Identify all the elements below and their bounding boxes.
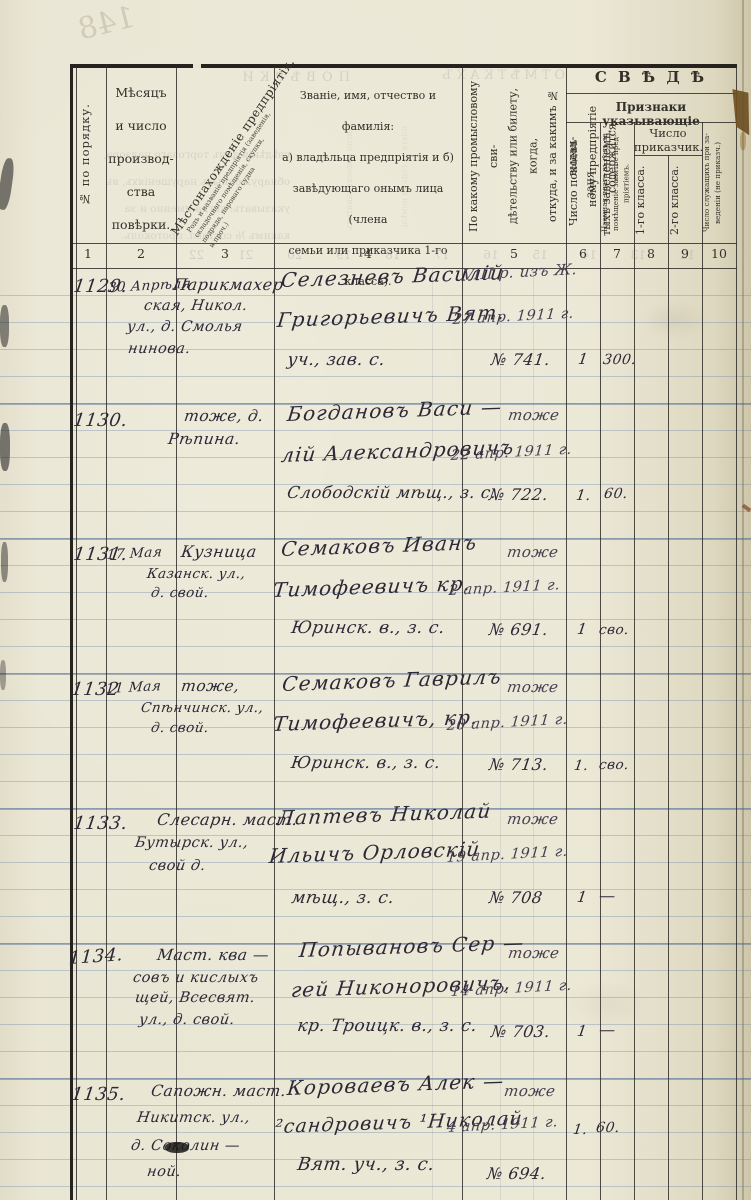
col-number: 9 — [668, 246, 702, 261]
owner-name-line: Вят. уч., з. с. — [296, 1154, 436, 1175]
priznaki-title: Признаки указывающіе — [566, 100, 736, 128]
address-line: Парикмахер — [172, 275, 285, 294]
rooms-count: 1. — [572, 1122, 589, 1138]
address-line: тоже, д. — [183, 407, 265, 425]
col-number: 2 — [106, 246, 176, 261]
certificate-number: № 722. — [488, 485, 550, 504]
col-number: 5 — [462, 246, 566, 261]
certificate-number: № 713. — [488, 755, 550, 774]
col9-header: 2-го класса. — [668, 158, 702, 242]
table-left-border — [70, 64, 73, 1200]
rent-value: сво. — [598, 622, 630, 638]
page-edge — [742, 0, 744, 1200]
binding-smudge — [0, 305, 9, 347]
certificate-line: тоже — [506, 810, 560, 828]
col8-header: 1-го класса. — [634, 158, 668, 242]
ink-blot — [165, 1142, 189, 1153]
rooms-count: 1. — [575, 488, 592, 504]
col-number: 8 — [634, 246, 668, 261]
col5-header: По какому промысловому сви- дѣтельству и… — [464, 72, 564, 240]
binding-smudge — [0, 423, 10, 471]
owner-name-line: уч., зав. с. — [286, 350, 386, 370]
col10-header: Число служащихъ при за- веденіи (не прик… — [702, 126, 736, 240]
certificate-number: № 703. — [490, 1022, 552, 1041]
binding-smudge — [0, 660, 6, 690]
rent-value: — — [598, 886, 617, 905]
col-number: 1 — [70, 246, 106, 261]
owner-name-line: Юринск. в., з. с. — [290, 618, 446, 638]
entry-number: 1130. — [72, 410, 129, 431]
entry-date: 17 Мая — [106, 544, 163, 563]
address-line: Сапожн. маст. — [150, 1082, 288, 1100]
address-line: д. свой. — [150, 585, 210, 601]
rent-value: 60. — [595, 1120, 621, 1136]
owner-name-line: кр. Троицк. в., з. с. — [296, 1016, 478, 1036]
certificate-line: тоже — [507, 944, 561, 962]
owner-name-line: мѣщ., з. с. — [290, 888, 396, 908]
svede-title: С В Ѣ Д Ѣ — [566, 68, 736, 86]
svede-underline — [566, 93, 736, 94]
col-number: 7 — [600, 246, 634, 261]
rent-value: сво. — [598, 757, 630, 773]
address-line: Казанск. ул., — [146, 566, 247, 582]
col6-header: Число покоевъ заня- тыхъ заведеніемъ. — [566, 126, 600, 240]
owner-name-line: Юринск. в., з. с. — [290, 753, 442, 772]
col1-header: № по порядку. — [78, 70, 104, 240]
col-line-7-8 — [634, 122, 635, 1200]
binding-smudge — [0, 157, 16, 210]
col-number: 6 — [566, 246, 600, 261]
address-line: щей, Всесвят. — [134, 990, 256, 1006]
entry-date: 11 Мая — [105, 678, 162, 697]
address-line: Спѣнчинск. ул., — [140, 700, 265, 716]
ghost-page-number: 148 — [75, 0, 139, 47]
table-right-border — [736, 64, 737, 1200]
certificate-number: № 691. — [488, 620, 550, 639]
paper-stain — [560, 980, 650, 1030]
address-line: Маст. ква — — [156, 946, 270, 964]
rooms-count: 1. — [573, 758, 590, 774]
entry-number: 1133. — [72, 813, 129, 834]
address-line: ул., д. Смолья — [126, 319, 244, 335]
address-line: д. свой. — [150, 720, 210, 736]
owner-name-line: Слободскій мѣщ., з. с. — [286, 483, 498, 502]
address-line: нинова. — [127, 341, 192, 357]
ledger-page: 148 ПОВѢРКИ ОТМѢТКАХЪ свѣдѣнія дачъ торг… — [0, 0, 751, 1200]
address-line: свой д. — [148, 858, 207, 874]
address-line: ной. — [146, 1164, 182, 1180]
clerks-group-header: Число приказчик. — [634, 126, 702, 154]
address-line: совъ и кислыхъ — [132, 970, 260, 986]
table-left-border-inner — [76, 64, 77, 1200]
paper-stain — [640, 300, 710, 340]
rent-value: 60. — [603, 486, 629, 502]
col-number: 4 — [274, 246, 462, 261]
certificate-number: № 694. — [486, 1164, 548, 1183]
col-number: 3 — [176, 246, 274, 261]
col2-header: Мѣсяцъ и число производ- ства повѣрки. — [106, 76, 176, 241]
certificate-line: тоже — [506, 543, 560, 561]
table-top-border-break — [193, 64, 201, 68]
col-line-9-10 — [702, 122, 703, 1200]
address-line: Никитск. ул., — [136, 1110, 251, 1126]
certificate-line: тоже — [503, 1082, 557, 1100]
col7-header: Наемная плата въ годъ за помѣщеніе занят… — [600, 126, 634, 240]
entry-number: 1135. — [70, 1084, 127, 1105]
certificate-number: № 708 — [488, 888, 544, 907]
address-line: ул., д. свой. — [138, 1012, 236, 1028]
certificate-line: тоже — [507, 406, 561, 424]
address-line: Кузница — [180, 542, 258, 561]
rent-value: 300. — [602, 352, 637, 368]
address-line: тоже, — [180, 677, 241, 695]
address-line: Бутырск. ул., — [134, 835, 250, 851]
binding-smudge — [1, 542, 8, 582]
address-line: ская, Никол. — [143, 298, 249, 314]
certificate-line: тоже — [506, 678, 560, 696]
certificate-number: № 741. — [490, 350, 552, 369]
col-number: 10 — [702, 246, 736, 261]
address-line: Рѣпина. — [167, 430, 241, 448]
entry-number: 1134. — [68, 944, 124, 969]
